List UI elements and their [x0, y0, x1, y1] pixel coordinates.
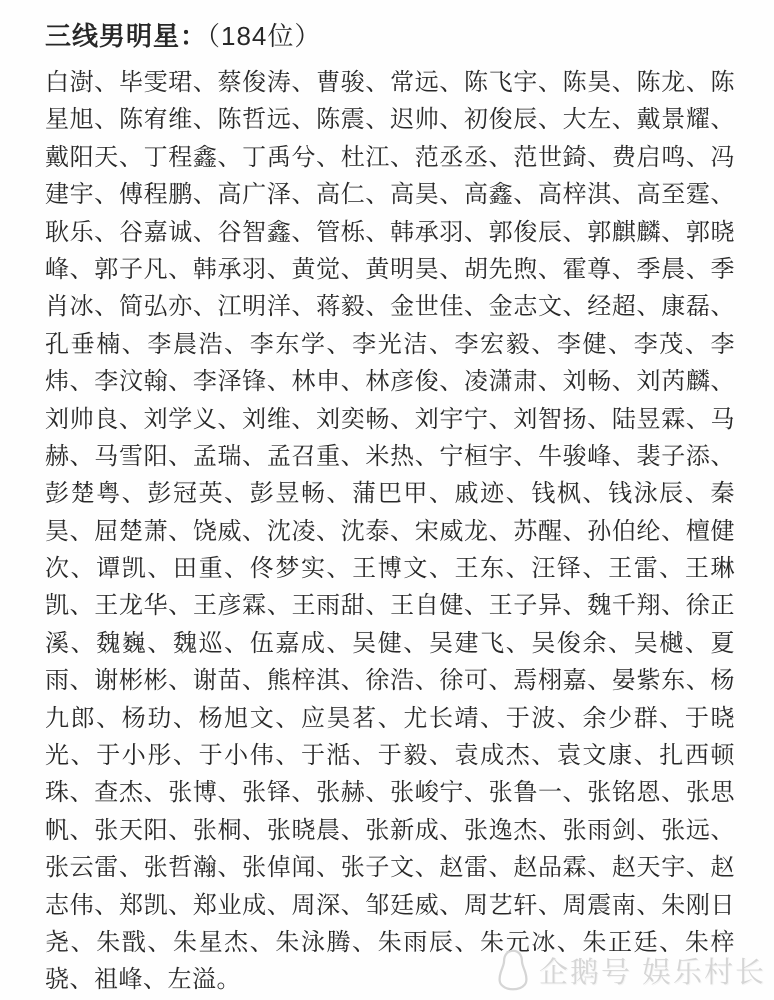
- name-list-line: 昊、屈楚萧、饶威、沈凌、沈泰、宋威龙、苏醒、孙伯纶、檀健: [45, 513, 735, 550]
- title-count-badge: （184位）: [207, 21, 321, 51]
- watermark: 企鹅号 娱乐村长: [497, 948, 766, 992]
- name-list-line: 珠、查杰、张博、张铎、张赫、张峻宁、张鲁一、张铭恩、张思: [45, 774, 735, 811]
- watermark-text: 企鹅号 娱乐村长: [539, 950, 766, 991]
- name-list-line: 溪、魏巍、魏巡、伍嘉成、吴健、吴建飞、吴俊余、吴樾、夏: [45, 625, 735, 662]
- name-list-line: 孔垂楠、李晨浩、李东学、李光洁、李宏毅、李健、李茂、李: [45, 326, 735, 363]
- name-list-line: 彭楚粤、彭冠英、彭昱畅、蒲巴甲、戚迹、钱枫、钱泳辰、秦: [45, 475, 735, 512]
- page-title: 三线男明星：（184位）: [45, 16, 321, 53]
- name-list-line: 雨、谢彬彬、谢苗、熊梓淇、徐浩、徐可、焉栩嘉、晏紫东、杨: [45, 662, 735, 699]
- name-list-line: 光、于小彤、于小伟、于湉、于毅、袁成杰、袁文康、扎西顿: [45, 737, 735, 774]
- name-list-paragraph: 白澍、毕雯珺、蔡俊涛、曹骏、常远、陈飞宇、陈昊、陈龙、陈 星旭、陈宥维、陈哲远、…: [45, 64, 735, 999]
- name-list-line: 肖冰、简弘亦、江明洋、蒋毅、金世佳、金志文、经超、康磊、: [45, 288, 735, 325]
- name-list-line: 赫、马雪阳、孟瑞、孟召重、米热、宁桓宇、牛骏峰、裴子添、: [45, 438, 735, 475]
- name-list-line: 炜、李汶翰、李泽锋、林申、林彦俊、凌潇肃、刘畅、刘芮麟、: [45, 363, 735, 400]
- name-list-line: 建宇、傅程鹏、高广泽、高仁、高昊、高鑫、高梓淇、高至霆、: [45, 176, 735, 213]
- document-page: 三线男明星：（184位） 白澍、毕雯珺、蔡俊涛、曹骏、常远、陈飞宇、陈昊、陈龙、…: [0, 0, 774, 1000]
- name-list-line: 凯、王龙华、王彦霖、王雨甜、王自健、王子异、魏千翔、徐正: [45, 587, 735, 624]
- name-list-line: 帆、张天阳、张桐、张晓晨、张新成、张逸杰、张雨剑、张远、: [45, 812, 735, 849]
- name-list-line: 次、谭凯、田重、佟梦实、王博文、王东、汪铎、王雷、王琳: [45, 550, 735, 587]
- name-list-line: 峰、郭子凡、韩承羽、黄觉、黄明昊、胡先煦、霍尊、季晨、季: [45, 251, 735, 288]
- name-list-line: 志伟、郑凯、郑业成、周深、邹廷威、周艺轩、周震南、朱刚日: [45, 887, 735, 924]
- name-list-line: 耿乐、谷嘉诚、谷智鑫、管栎、韩承羽、郭俊辰、郭麒麟、郭晓: [45, 214, 735, 251]
- name-list-line: 星旭、陈宥维、陈哲远、陈震、迟帅、初俊辰、大左、戴景耀、: [45, 101, 735, 138]
- name-list-line: 戴阳天、丁程鑫、丁禹兮、杜江、范丞丞、范世錡、费启鸣、冯: [45, 139, 735, 176]
- name-list-line: 张云雷、张哲瀚、张倬闻、张子文、赵雷、赵品霖、赵天宇、赵: [45, 849, 735, 886]
- name-list-line: 九郎、杨玏、杨旭文、应昊茗、尤长靖、于波、余少群、于晓: [45, 700, 735, 737]
- name-list-line: 白澍、毕雯珺、蔡俊涛、曹骏、常远、陈飞宇、陈昊、陈龙、陈: [45, 64, 735, 101]
- title-label: 三线男明星：: [45, 21, 207, 51]
- name-list-line: 刘帅良、刘学义、刘维、刘奕畅、刘宇宁、刘智扬、陆昱霖、马: [45, 401, 735, 438]
- penguin-icon: [497, 948, 529, 992]
